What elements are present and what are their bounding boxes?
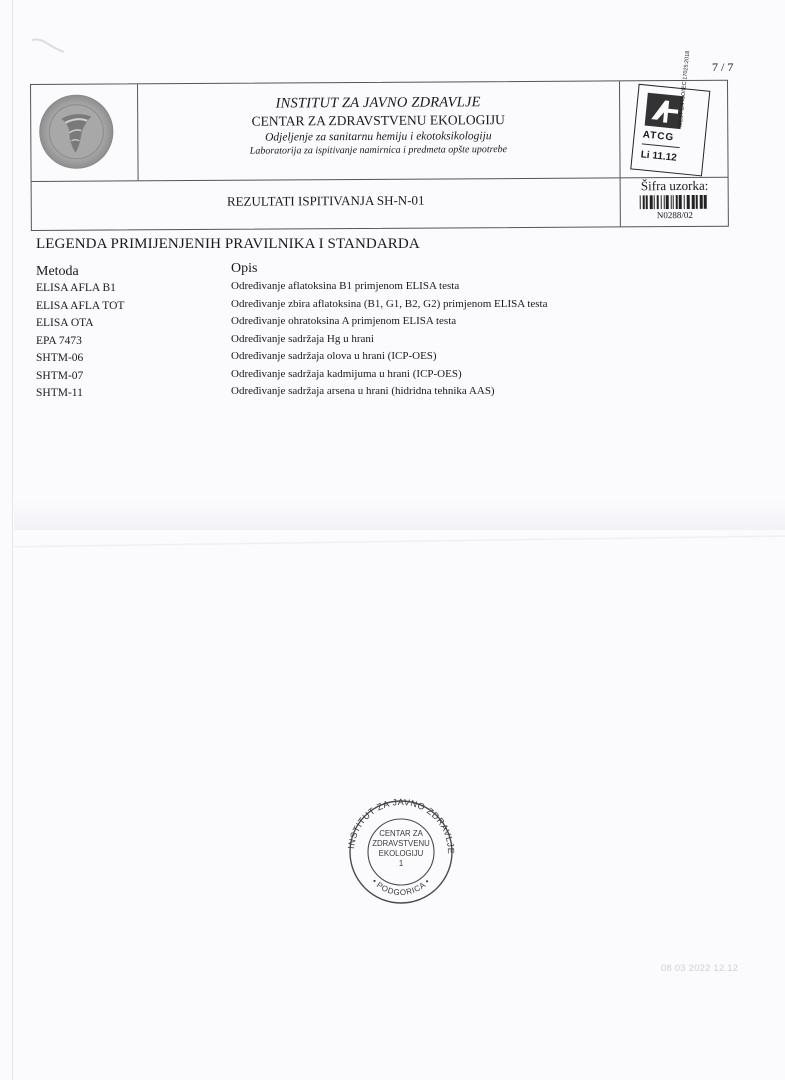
legend-title: LEGENDA PRIMIJENJENIH PRAVILNIKA I STAND… bbox=[36, 236, 420, 253]
logo-cell bbox=[31, 84, 139, 181]
accreditation-badge: ATCG Li 11.12 MEST EN ISO/IEC 17025:2018 bbox=[630, 84, 710, 177]
official-stamp-icon: INSTITUT ZA JAVNO ZDRAVLJE CRNE GORE • P… bbox=[340, 798, 462, 906]
center-name: CENTAR ZA ZDRAVSTVENU EKOLOGIJU bbox=[137, 111, 619, 130]
sample-code: N0288/02 bbox=[621, 210, 729, 221]
institute-name: INSTITUT ZA JAVNO ZDRAVLJE bbox=[137, 93, 619, 113]
accreditation-divider bbox=[642, 143, 680, 148]
method-code: EPA 7473 bbox=[36, 335, 82, 347]
print-timestamp: 08 03 2022 12.12 bbox=[661, 963, 738, 974]
method-code: ELISA OTA bbox=[36, 317, 94, 329]
paper-fold bbox=[14, 535, 785, 549]
document-header: INSTITUT ZA JAVNO ZDRAVLJE CENTAR ZA ZDR… bbox=[30, 80, 729, 231]
svg-text:• PODGORICA •: • PODGORICA • bbox=[370, 877, 432, 897]
sample-code-cell: Šifra uzorka: N0288/02 bbox=[620, 177, 729, 227]
staple-mark-icon bbox=[30, 36, 70, 56]
table-row: SHTM-11 Određivanje sadržaja arsena u hr… bbox=[0, 387, 785, 405]
accreditation-name: ATCG bbox=[642, 129, 675, 143]
column-header-description: Opis bbox=[231, 261, 257, 277]
department-name: Odjeljenje za sanitarnu hemiju i ekotoks… bbox=[137, 129, 619, 144]
column-header-method: Metoda bbox=[36, 264, 79, 280]
method-description: Određivanje sadržaja Hg u hrani bbox=[231, 333, 374, 345]
laboratory-name: Laboratorija za ispitivanje namirnica i … bbox=[137, 143, 619, 157]
report-title: REZULTATI ISPITIVANJA SH-N-01 bbox=[32, 191, 620, 211]
method-code: SHTM-06 bbox=[36, 352, 83, 364]
method-description: Određivanje zbira aflatoksina (B1, G1, B… bbox=[231, 298, 547, 310]
method-code: ELISA AFLA TOT bbox=[36, 300, 124, 312]
method-description: Određivanje aflatoksina B1 primjenom ELI… bbox=[231, 280, 459, 292]
report-title-cell: REZULTATI ISPITIVANJA SH-N-01 bbox=[32, 177, 620, 230]
accreditation-license: Li 11.12 bbox=[640, 149, 677, 164]
svg-text:CENTAR ZAZDRAVSTVENUEKOLOGIJU1: CENTAR ZAZDRAVSTVENUEKOLOGIJU1 bbox=[372, 829, 430, 868]
accreditation-cell: ATCG Li 11.12 MEST EN ISO/IEC 17025:2018 bbox=[619, 81, 729, 178]
method-code: ELISA AFLA B1 bbox=[36, 282, 116, 294]
method-code: SHTM-07 bbox=[36, 370, 83, 382]
method-description: Određivanje sadržaja kadmijuma u hrani (… bbox=[231, 368, 462, 380]
method-description: Određivanje ohratoksina A primjenom ELIS… bbox=[231, 315, 456, 327]
institute-info: INSTITUT ZA JAVNO ZDRAVLJE CENTAR ZA ZDR… bbox=[137, 81, 620, 180]
page-number: 7 / 7 bbox=[712, 60, 733, 75]
table-row: ELISA OTA Određivanje ohratoksina A prim… bbox=[0, 317, 785, 335]
legend-table: ELISA AFLA B1 Određivanje aflatoksina B1… bbox=[0, 282, 785, 405]
institute-logo-icon bbox=[39, 94, 113, 168]
method-code: SHTM-11 bbox=[36, 387, 83, 399]
barcode-icon bbox=[639, 195, 711, 209]
accreditation-standard: MEST EN ISO/IEC 17025:2018 bbox=[678, 47, 692, 127]
sample-code-label: Šifra uzorka: bbox=[621, 178, 729, 195]
method-description: Određivanje sadržaja olova u hrani (ICP-… bbox=[231, 350, 437, 362]
page-edge bbox=[12, 0, 13, 1080]
method-description: Određivanje sadržaja arsena u hrani (hid… bbox=[231, 385, 495, 397]
paper-fold-shadow bbox=[14, 500, 785, 530]
